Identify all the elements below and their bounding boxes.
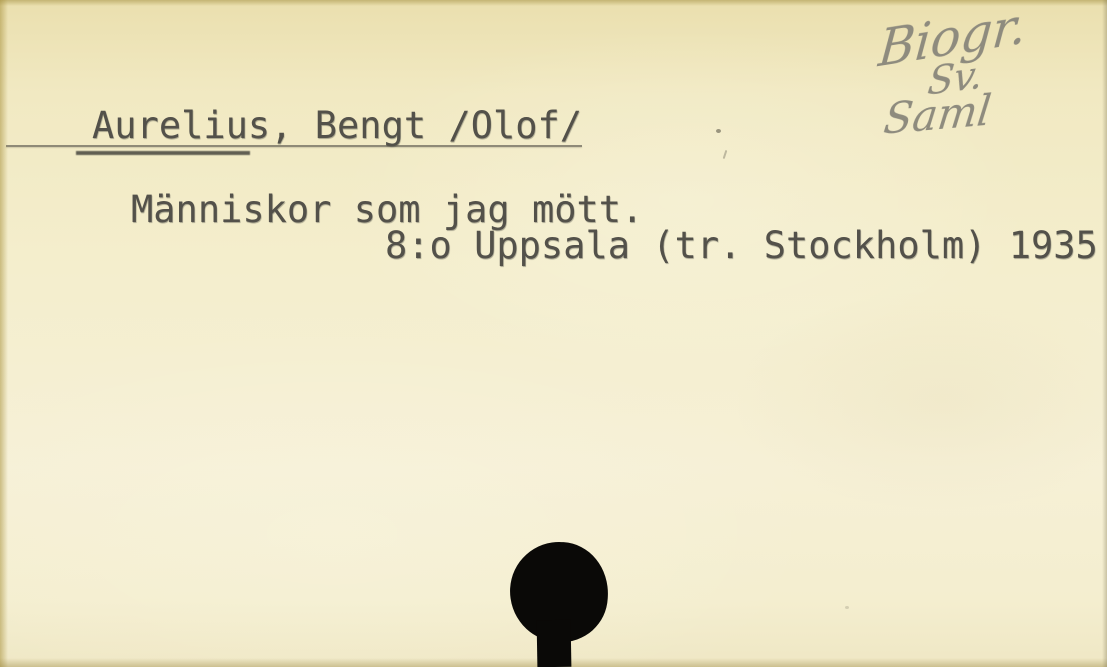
punch-hole-stem [537,620,572,667]
pencil-annotation-line-3: Saml [881,85,994,144]
paper-speck [845,606,849,609]
imprint-text: 8:o Uppsala (tr. Stockholm) 1935 [385,227,1098,264]
catalog-card: Biogr. Sv. Saml Aurelius, Bengt /Olof/ M… [0,0,1107,667]
title-text: Människor som jag mött. [131,191,643,228]
paper-speck [716,129,721,133]
paper-speck [723,150,728,159]
card-edge-top [0,0,1107,6]
card-edge-right [1102,0,1107,667]
card-edge-left [0,0,8,667]
author-underline [76,151,250,155]
author-heading: Aurelius, Bengt /Olof/ [92,107,582,144]
